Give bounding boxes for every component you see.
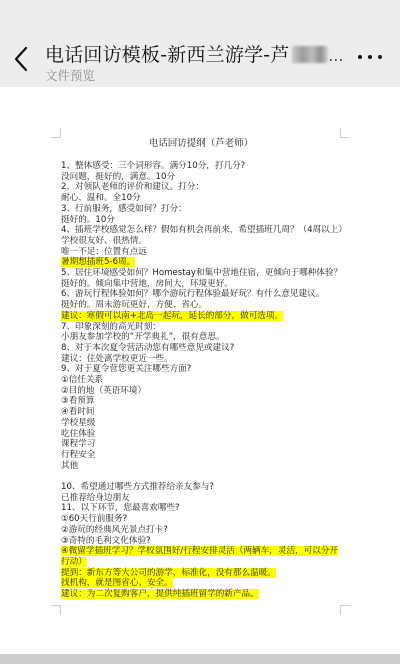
line-text: ④看时间 (61, 407, 95, 417)
line-text: 7、印象深刻的高光时刻： (61, 322, 161, 332)
page-corner-mark (340, 128, 350, 138)
document-page[interactable]: 电话回访提纲（芦老师） 1、整体感受：三个词形容。满分10分，打几分?没问题，挺… (0, 87, 400, 654)
line-text: 其他 (61, 461, 78, 471)
line-text: 4、插班学校感觉怎么样？假如有机会再前来，希望插班几周？（4周以上） (61, 225, 347, 235)
document-line: 提到：新东方等大公司的游学，标准化，没有那么温暖。 (61, 568, 341, 579)
document-line: 暑期想插班5-6周。 (61, 257, 341, 268)
document-line: 唯一不足：位置有点远 (61, 247, 341, 258)
document-line: 课程学习 (61, 439, 341, 450)
highlighted-text: 找机构，就是图省心、安全。 (61, 578, 173, 588)
document-line: 耐心、温和。全10分 (61, 193, 341, 204)
line-text: 1、整体感受：三个词形容。满分10分，打几分? (61, 161, 245, 171)
line-text: 6、游玩行程体验如何？哪个游玩行程体验最好玩？有什么意见建议。 (61, 289, 324, 299)
back-button[interactable] (10, 44, 34, 74)
line-text: 10、希望通过哪些方式推荐给亲友参与? (61, 482, 214, 492)
document-line: ③看预算 (61, 396, 341, 407)
document-line: ④看时间 (61, 407, 341, 418)
more-horizontal-icon (368, 55, 372, 59)
page-corner-mark (340, 605, 350, 615)
document-line: 挺好的。10分 (61, 215, 341, 226)
title-ellipsis: ... (329, 47, 344, 65)
document-line: ②游玩的经典风光景点打卡? (61, 525, 341, 536)
page-corner-mark (51, 128, 61, 138)
line-text: 行程安全 (61, 450, 95, 460)
line-text: 课程学习 (61, 439, 95, 449)
document-title: 电话回访提纲（芦老师） (61, 138, 341, 150)
line-text: 5、居住环境感受如何？Homestay和集中营地住宿，更倾向于哪种体验？ (61, 268, 342, 278)
line-text: ③看预算 (61, 396, 95, 406)
document-lines: 1、整体感受：三个词形容。满分10分，打几分?没问题，挺好的，满意。10分2、对… (61, 161, 341, 600)
line-text: 已推荐给身边朋友 (61, 493, 130, 503)
document-line: 行程安全 (61, 450, 341, 461)
document-line: ②目的地（英语环境） (61, 386, 341, 397)
blank-line (61, 471, 341, 482)
file-preview-label: 文件预览 (45, 66, 95, 84)
document-line: 学校很友好、很热情。 (61, 236, 341, 247)
page-corner-mark (51, 605, 61, 615)
line-text: 9、对于夏令营您更关注哪些方面? (61, 364, 191, 374)
document-line: ①信任关系 (61, 375, 341, 386)
line-text: 挺好的。倾向集中营地，房间大，环境更好。 (61, 279, 233, 289)
document-line: 10、希望通过哪些方式推荐给亲友参与? (61, 482, 341, 493)
redacted-name (292, 46, 328, 63)
document-line: 5、居住环境感受如何？Homestay和集中营地住宿，更倾向于哪种体验？ (61, 268, 341, 279)
document-line: 6、游玩行程体验如何？哪个游玩行程体验最好玩？有什么意见建议。 (61, 289, 341, 300)
line-text: 挺好的。周末游玩更好，方便、省心。 (61, 300, 207, 310)
document-line: 学校星级 (61, 418, 341, 429)
document-line: 挺好的。倾向集中营地，房间大，环境更好。 (61, 279, 341, 290)
line-text: 11、以下环节，您最喜欢哪些? (61, 503, 180, 513)
document-line: 没问题，挺好的，满意。10分 (61, 172, 341, 183)
document-line: 挺好的。周末游玩更好，方便、省心。 (61, 300, 341, 311)
more-options-button[interactable] (358, 50, 382, 64)
document-line: 小朋友参加学校的“开学典礼”，很有意思。 (61, 332, 341, 343)
line-text: ①60天行前服务? (61, 514, 127, 524)
bottom-bar (0, 654, 400, 664)
document-line: 建议：住处离学校更近一些。 (61, 354, 341, 365)
document-line: ③奇特的毛利文化体验? (61, 536, 341, 547)
highlighted-text: ④微留学插班学习？学校氛围好/行程安排灵活（两辆车，灵活，可以分开行动） (61, 546, 338, 567)
highlighted-text: 暑期想插班5-6周。 (61, 257, 135, 267)
line-text: ①信任关系 (61, 375, 103, 385)
line-text: 学校很友好、很热情。 (61, 236, 147, 246)
line-text: 学校星级 (61, 418, 95, 428)
document-body: 电话回访提纲（芦老师） 1、整体感受：三个词形容。满分10分，打几分?没问题，挺… (61, 138, 341, 600)
document-line: 7、印象深刻的高光时刻： (61, 322, 341, 333)
document-line: 其他 (61, 461, 341, 472)
line-text: 3、行前服务，感受如何？打分： (61, 204, 187, 214)
document-line: 吃住体验 (61, 429, 341, 440)
document-line: 1、整体感受：三个词形容。满分10分，打几分? (61, 161, 341, 172)
line-text: ②目的地（英语环境） (61, 386, 146, 396)
highlighted-text: 提到：新东方等大公司的游学，标准化，没有那么温暖。 (61, 568, 276, 578)
line-text: 没问题，挺好的，满意。10分 (61, 172, 175, 182)
more-horizontal-icon (378, 55, 382, 59)
highlighted-text: 建议：为二次复购客户，提供纯插班留学的新产品。 (61, 589, 259, 599)
more-horizontal-icon (358, 55, 362, 59)
line-text: 耐心、温和。全10分 (61, 193, 141, 203)
document-line: ④微留学插班学习？学校氛围好/行程安排灵活（两辆车，灵活，可以分开行动） (61, 546, 341, 567)
document-line: 2、对领队老师的评价和建议。打分： (61, 182, 341, 193)
chevron-left-icon (10, 44, 34, 74)
line-text: 2、对领队老师的评价和建议。打分： (61, 182, 204, 192)
document-line: 3、行前服务，感受如何？打分： (61, 204, 341, 215)
document-line: ①60天行前服务? (61, 514, 341, 525)
line-text: 唯一不足：位置有点远 (61, 247, 147, 257)
document-line: 建议：寒假可以南+北岛一起玩，延长的部分，做可选项。 (61, 311, 341, 322)
line-text: 小朋友参加学校的“开学典礼”，很有意思。 (61, 332, 225, 342)
highlighted-text: 建议：寒假可以南+北岛一起玩，延长的部分，做可选项。 (61, 311, 283, 321)
line-text: 吃住体验 (61, 429, 95, 439)
line-text: ③奇特的毛利文化体验? (61, 536, 151, 546)
line-text: 挺好的。10分 (61, 215, 115, 225)
document-line: 9、对于夏令营您更关注哪些方面? (61, 364, 341, 375)
file-title-text: 电话回访模板-新西兰游学-芦 (45, 44, 290, 66)
line-text: ②游玩的经典风光景点打卡? (61, 525, 168, 535)
document-line: 8、对于本次夏令营活动您有哪些意见或建议? (61, 343, 341, 354)
file-title: 电话回访模板-新西兰游学-芦... (45, 40, 343, 67)
document-line: 已推荐给身边朋友 (61, 493, 341, 504)
line-text: 8、对于本次夏令营活动您有哪些意见或建议? (61, 343, 234, 353)
document-line: 找机构，就是图省心、安全。 (61, 578, 341, 589)
document-line: 4、插班学校感觉怎么样？假如有机会再前来，希望插班几周？（4周以上） (61, 225, 341, 236)
document-line: 建议：为二次复购客户，提供纯插班留学的新产品。 (61, 589, 341, 600)
line-text: 建议：住处离学校更近一些。 (61, 354, 173, 364)
document-line: 11、以下环节，您最喜欢哪些? (61, 503, 341, 514)
top-bar: 电话回访模板-新西兰游学-芦... 文件预览 (0, 0, 400, 87)
